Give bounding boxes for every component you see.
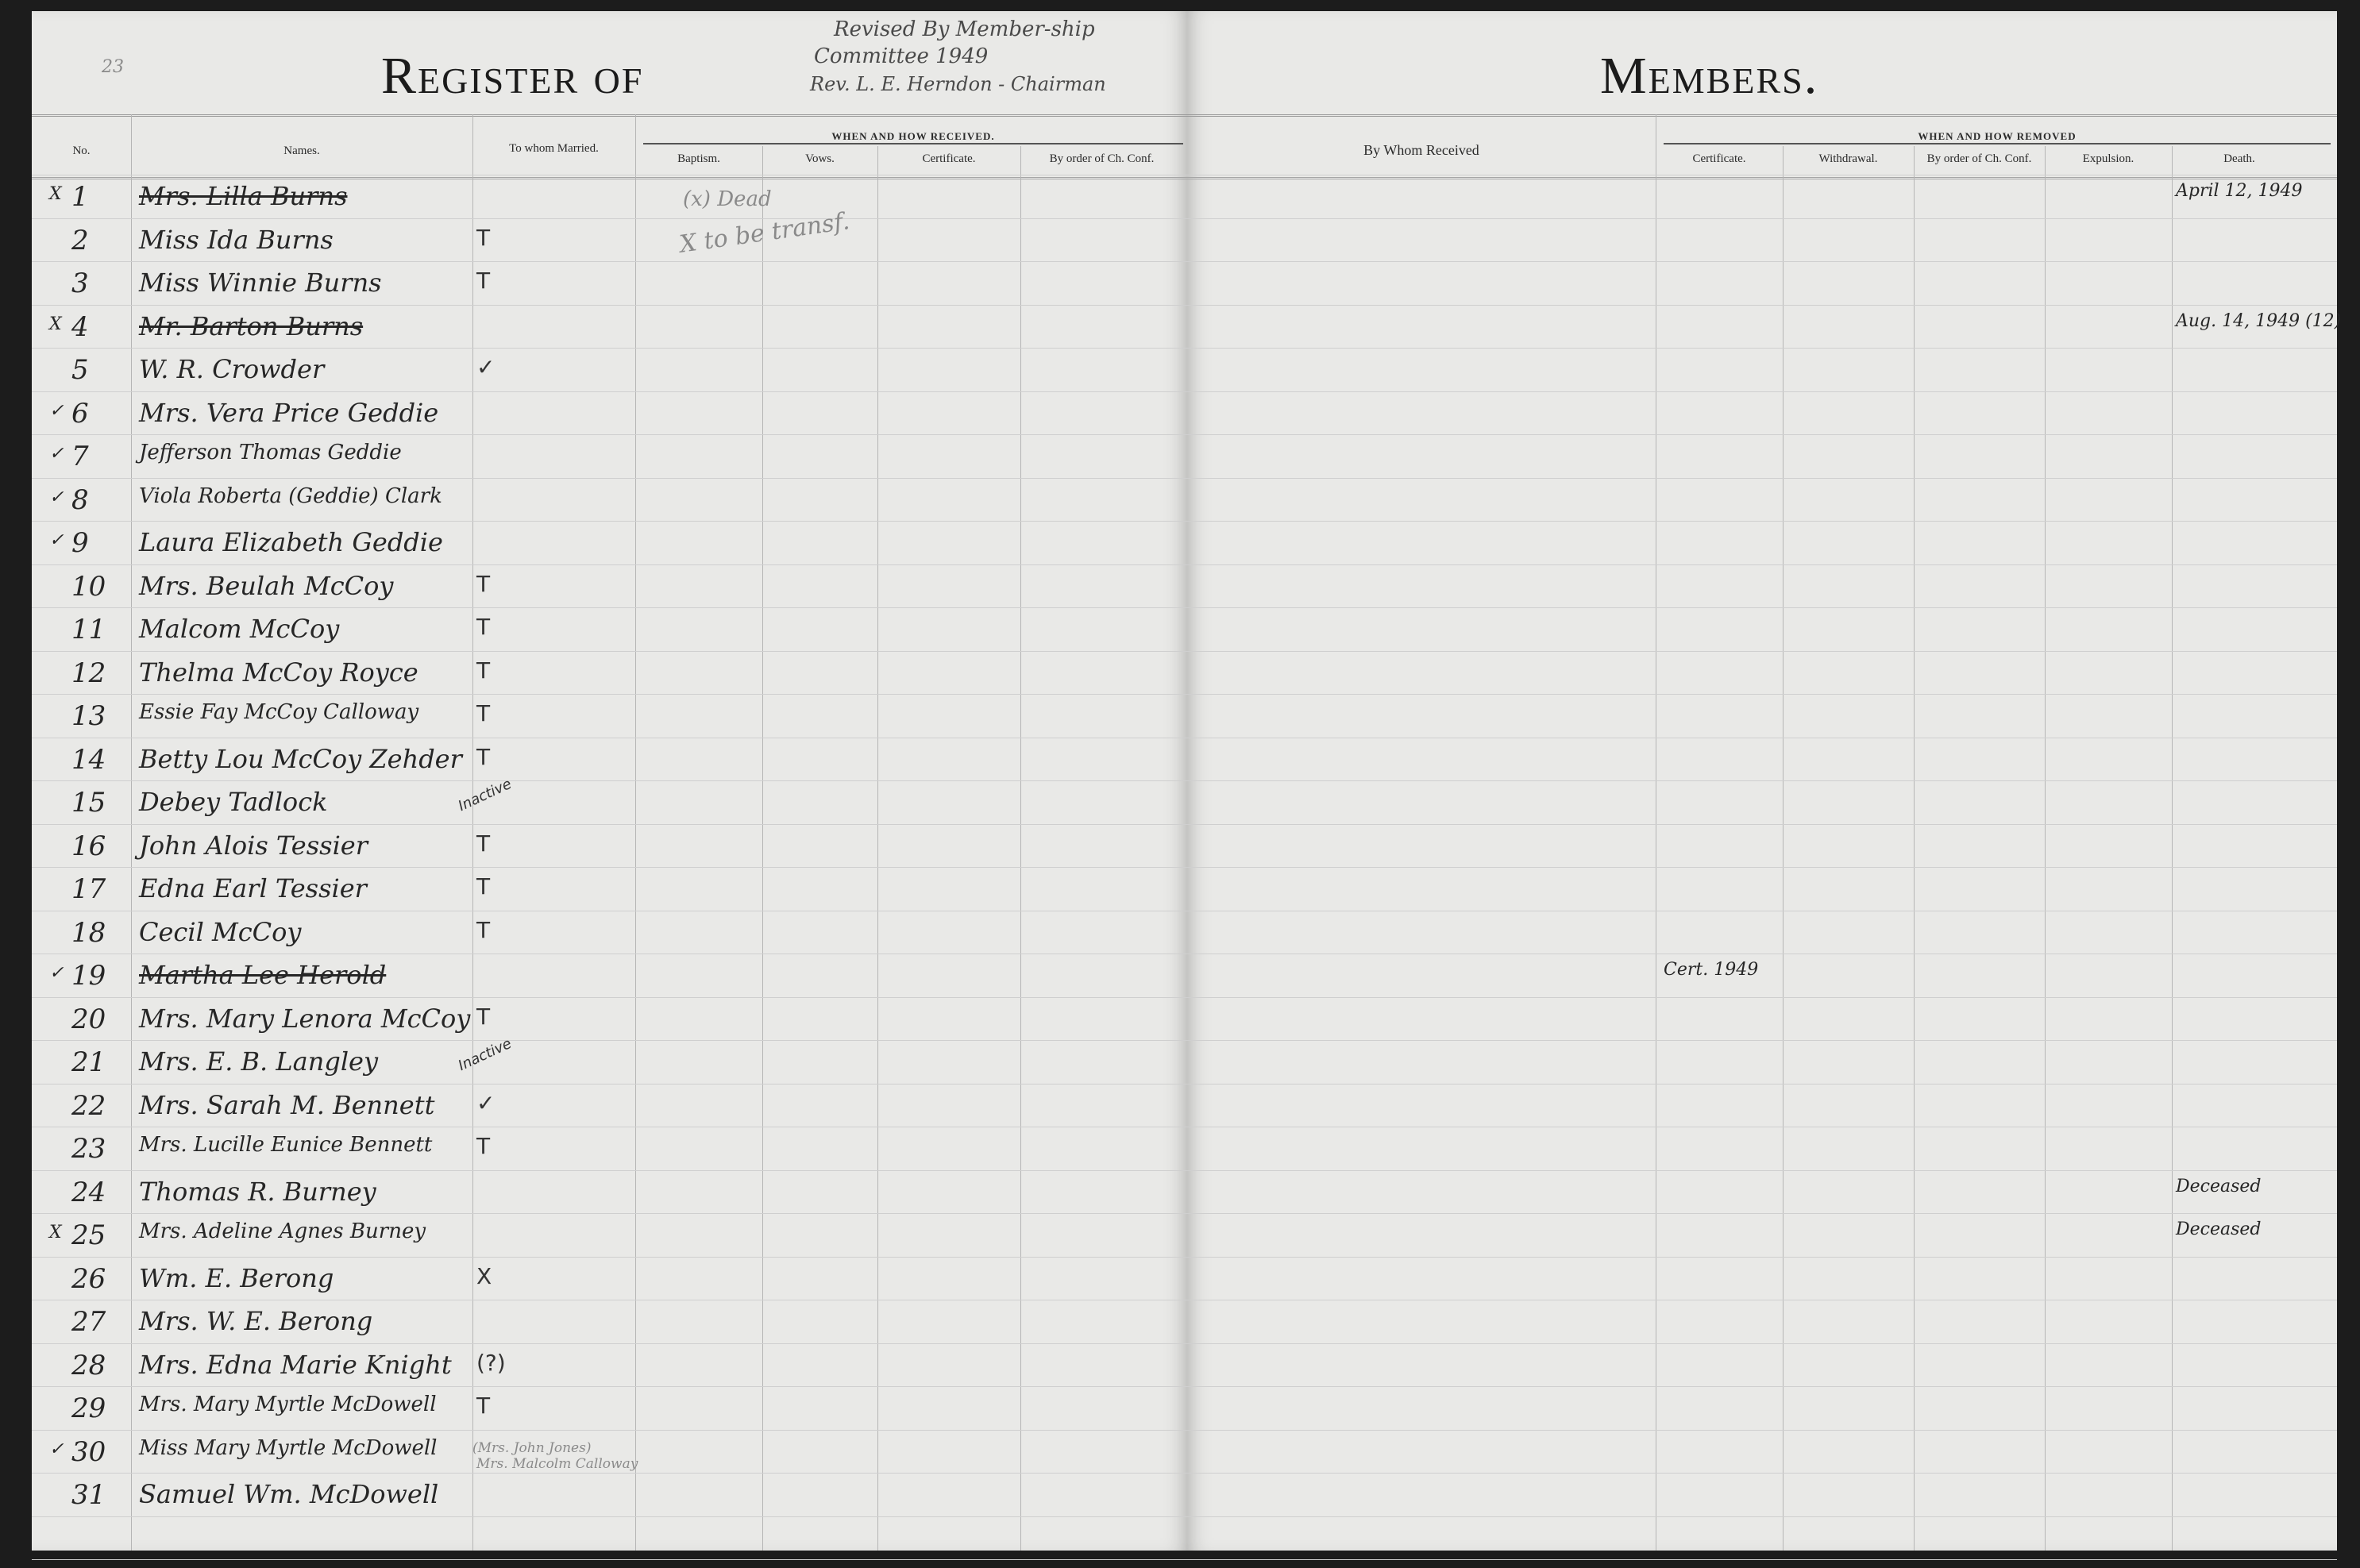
member-name: Mrs. Mary Myrtle McDowell — [139, 1393, 437, 1416]
row-number: 21 — [71, 1046, 106, 1078]
ruled-line — [32, 607, 1187, 608]
ruled-line — [1187, 694, 2337, 695]
ruled-line — [32, 1127, 1187, 1127]
ruled-line — [32, 1170, 1187, 1171]
married-column-mark: T — [476, 268, 490, 294]
ruled-line — [1187, 261, 2337, 262]
ruled-line — [1187, 997, 2337, 998]
row-number: 25 — [71, 1219, 106, 1251]
row-number: 29 — [71, 1393, 106, 1424]
member-name: Miss Winnie Burns — [139, 268, 382, 298]
death-entry: Deceased — [2176, 1177, 2262, 1196]
ruled-line — [1187, 175, 2337, 175]
ruled-line — [32, 261, 1187, 262]
row-number: 13 — [71, 700, 106, 732]
member-name: Mrs. Edna Marie Knight — [139, 1350, 452, 1380]
row-number: 24 — [71, 1177, 106, 1208]
column-header-certificate: Certificate. — [877, 152, 1020, 166]
member-name: Mrs. Adeline Agnes Burney — [139, 1219, 426, 1243]
ruled-line — [1187, 305, 2337, 306]
member-name: Laura Elizabeth Geddie — [139, 527, 443, 557]
married-column-mark: T — [476, 614, 490, 640]
death-entry: April 12, 1949 — [2176, 181, 2303, 201]
member-name: Samuel Wm. McDowell — [139, 1479, 438, 1509]
ruled-line — [32, 1040, 1187, 1041]
row-number: 2 — [71, 225, 89, 256]
column-header-names: Names. — [131, 144, 472, 158]
row-prefix-mark: ✓ — [49, 963, 64, 983]
member-name: Cecil McCoy — [139, 917, 302, 947]
row-number: 8 — [71, 484, 89, 516]
member-name: Martha Lee Herold — [139, 960, 386, 990]
ruled-line — [32, 651, 1187, 652]
row-number: 26 — [71, 1263, 106, 1295]
member-name: Thelma McCoy Royce — [139, 657, 418, 688]
row-number: 5 — [71, 354, 89, 386]
column-header-expulsion: Expulsion. — [2045, 152, 2172, 166]
removed-certificate-entry: Cert. 1949 — [1664, 960, 1758, 980]
baptism-note-transfer: X to be transf. — [678, 207, 851, 259]
column-header-withdrawal: Withdrawal. — [1783, 152, 1914, 166]
row-number: 1 — [71, 181, 89, 213]
column-header-no: No. — [48, 144, 115, 158]
ruled-line — [32, 1516, 1187, 1517]
column-divider — [1914, 146, 1915, 1551]
row30-married-note-2: Mrs. Malcolm Calloway — [476, 1456, 638, 1472]
member-name: Edna Earl Tessier — [139, 873, 367, 903]
ruled-line — [1187, 478, 2337, 479]
ruled-line — [32, 1386, 1187, 1387]
member-name: Miss Mary Myrtle McDowell — [139, 1436, 438, 1460]
ruled-line — [1187, 1430, 2337, 1431]
row-number: 3 — [71, 268, 89, 299]
row-number: 19 — [71, 960, 106, 992]
page-title-left: Register of — [381, 46, 643, 106]
member-name: Mrs. Lilla Burns — [139, 181, 347, 211]
revision-note-2: Committee 1949 — [814, 44, 988, 68]
ruled-line — [1187, 1127, 2337, 1127]
row-prefix-mark: X — [49, 314, 62, 334]
row30-married-note-1: (Mrs. John Jones) — [472, 1440, 591, 1456]
member-name: Mrs. W. E. Berong — [139, 1306, 372, 1336]
row-prefix-mark: ✓ — [49, 444, 64, 464]
ruled-line — [1187, 1516, 2337, 1517]
row-number: 22 — [71, 1090, 106, 1122]
column-divider — [1020, 146, 1021, 1551]
member-name: W. R. Crowder — [139, 354, 324, 384]
column-divider — [1783, 146, 1783, 1551]
married-column-mark: T — [476, 830, 490, 857]
column-divider — [131, 114, 132, 1551]
ruled-line — [32, 780, 1187, 781]
row-number: 28 — [71, 1350, 106, 1381]
member-name: Mrs. Mary Lenora McCoy — [139, 1004, 470, 1034]
row-prefix-mark: X — [49, 184, 62, 204]
page-number-note: 23 — [102, 57, 124, 77]
row-number: 17 — [71, 873, 106, 905]
ruled-line — [32, 218, 1187, 219]
row-number: 11 — [71, 614, 106, 645]
married-column-mark: Inactive — [456, 1035, 515, 1074]
married-column-mark: T — [476, 744, 490, 770]
row-number: 27 — [71, 1306, 106, 1338]
ruled-line — [32, 478, 1187, 479]
column-divider — [2045, 146, 2046, 1551]
ruled-line — [32, 1343, 1187, 1344]
row-number: 12 — [71, 657, 106, 689]
member-name: Debey Tadlock — [139, 787, 328, 817]
row-number: 6 — [71, 398, 89, 430]
ruled-line — [32, 434, 1187, 435]
column-header-removed-by-order: By order of Ch. Conf. — [1914, 152, 2045, 166]
ruled-line — [32, 348, 1187, 349]
member-name: Thomas R. Burney — [139, 1177, 376, 1207]
ruled-line — [1187, 391, 2337, 392]
married-column-mark: ✓ — [476, 354, 495, 380]
row-number: 16 — [71, 830, 106, 862]
married-column-mark: (?) — [476, 1350, 506, 1376]
column-header-death: Death. — [2172, 152, 2307, 166]
received-group-header: WHEN AND HOW RECEIVED. — [643, 130, 1183, 144]
row-number: 31 — [71, 1479, 106, 1511]
register-book: 23 Register of Revised By Member-ship Co… — [0, 0, 2360, 1568]
ruled-line — [32, 564, 1187, 565]
ruled-line — [32, 1430, 1187, 1431]
ruled-line — [1187, 1473, 2337, 1474]
ruled-line — [32, 1473, 1187, 1474]
member-name: Mrs. Sarah M. Bennett — [139, 1090, 434, 1120]
member-name: Miss Ida Burns — [139, 225, 334, 255]
column-header-vows: Vows. — [762, 152, 877, 166]
ruled-line — [1187, 1559, 2337, 1560]
ruled-line — [1187, 780, 2337, 781]
row-number: 30 — [71, 1436, 106, 1468]
ruled-line — [1187, 738, 2337, 738]
ruled-line — [32, 175, 1187, 175]
death-entry: Aug. 14, 1949 (12) — [2176, 311, 2341, 331]
member-name: Mr. Barton Burns — [139, 311, 363, 341]
ruled-line — [32, 521, 1187, 522]
ruled-line — [1187, 564, 2337, 565]
column-divider — [877, 146, 878, 1551]
ruled-line — [32, 1213, 1187, 1214]
ruled-line — [1187, 1257, 2337, 1258]
ruled-line — [32, 305, 1187, 306]
column-divider — [635, 114, 636, 1551]
married-column-mark: T — [476, 1133, 490, 1159]
member-name: Mrs. Lucille Eunice Bennett — [139, 1133, 432, 1157]
married-column-mark: Inactive — [456, 776, 515, 815]
death-entry: Deceased — [2176, 1219, 2262, 1239]
row-number: 14 — [71, 744, 106, 776]
ruled-line — [32, 1084, 1187, 1085]
member-name: Mrs. Beulah McCoy — [139, 571, 394, 601]
member-name: Wm. E. Berong — [139, 1263, 334, 1293]
ruled-line — [1187, 1386, 2337, 1387]
member-name: Mrs. E. B. Langley — [139, 1046, 378, 1077]
ruled-line — [32, 954, 1187, 954]
row-number: 4 — [71, 311, 89, 343]
ruled-line — [1187, 348, 2337, 349]
ruled-line — [1187, 954, 2337, 954]
row-prefix-mark: ✓ — [49, 530, 64, 550]
married-column-mark: X — [476, 1263, 492, 1289]
row-number: 9 — [71, 527, 89, 559]
page-title-right: Members. — [1600, 46, 1818, 106]
ruled-line — [1187, 1170, 2337, 1171]
left-page: 23 Register of Revised By Member-ship Co… — [32, 11, 1187, 1551]
member-name: Essie Fay McCoy Calloway — [139, 700, 418, 724]
ruled-line — [32, 997, 1187, 998]
ruled-line — [32, 694, 1187, 695]
ruled-line — [1187, 651, 2337, 652]
married-column-mark: T — [476, 657, 490, 684]
ruled-line — [1187, 218, 2337, 219]
married-column-mark: T — [476, 571, 490, 597]
ruled-line — [32, 911, 1187, 911]
column-header-by-order: By order of Ch. Conf. — [1020, 152, 1183, 166]
member-name: Malcom McCoy — [139, 614, 339, 644]
ruled-line — [1187, 1300, 2337, 1300]
married-column-mark: T — [476, 873, 490, 900]
revision-note-3: Rev. L. E. Herndon - Chairman — [810, 73, 1106, 95]
baptism-note-dead: (x) Dead — [683, 187, 772, 211]
ruled-line — [1187, 1040, 2337, 1041]
row-number: 7 — [71, 441, 89, 472]
ruled-line — [1187, 1084, 2337, 1085]
ruled-line — [32, 824, 1187, 825]
column-divider — [1656, 114, 1656, 1551]
ruled-line — [32, 867, 1187, 868]
ruled-line — [32, 391, 1187, 392]
ruled-line — [32, 1257, 1187, 1258]
ruled-line — [1187, 911, 2337, 911]
row-number: 23 — [71, 1133, 106, 1165]
column-divider — [762, 146, 763, 1551]
ruled-line — [1187, 521, 2337, 522]
row-prefix-mark: ✓ — [49, 401, 64, 421]
ruled-line — [1187, 1213, 2337, 1214]
married-column-mark: T — [476, 1393, 490, 1419]
married-column-mark: T — [476, 225, 490, 251]
row-prefix-mark: ✓ — [49, 487, 64, 507]
column-divider — [472, 114, 473, 1551]
ruled-line — [1187, 1343, 2337, 1344]
ruled-line — [1187, 607, 2337, 608]
member-name: Jefferson Thomas Geddie — [139, 441, 402, 464]
revision-note-1: Revised By Member-ship — [834, 17, 1095, 41]
married-column-mark: T — [476, 700, 490, 726]
row-prefix-mark: X — [49, 1223, 62, 1242]
row-number: 20 — [71, 1004, 106, 1035]
row-prefix-mark: ✓ — [49, 1439, 64, 1459]
column-header-removed-certificate: Certificate. — [1656, 152, 1783, 166]
ruled-line — [1187, 434, 2337, 435]
row-number: 15 — [71, 787, 106, 819]
column-divider — [2172, 146, 2173, 1551]
married-column-mark: ✓ — [476, 1090, 495, 1116]
married-column-mark: T — [476, 1004, 490, 1030]
married-column-mark: T — [476, 917, 490, 943]
right-page: Members. By Whom Received WHEN AND HOW R… — [1187, 11, 2337, 1551]
ruled-line — [32, 1559, 1187, 1560]
column-header-by-whom: By Whom Received — [1187, 142, 1656, 159]
row-number: 10 — [71, 571, 106, 603]
member-name: Betty Lou McCoy Zehder — [139, 744, 462, 774]
ruled-line — [32, 738, 1187, 738]
member-name: Mrs. Vera Price Geddie — [139, 398, 438, 428]
column-header-married: To whom Married. — [472, 142, 635, 156]
member-name: John Alois Tessier — [139, 830, 368, 861]
member-name: Viola Roberta (Geddie) Clark — [139, 484, 442, 508]
ruled-line — [1187, 867, 2337, 868]
column-header-baptism: Baptism. — [635, 152, 762, 166]
ruled-line — [1187, 824, 2337, 825]
removed-group-header: WHEN AND HOW REMOVED — [1664, 130, 2331, 144]
ruled-line — [32, 1300, 1187, 1300]
row-number: 18 — [71, 917, 106, 949]
